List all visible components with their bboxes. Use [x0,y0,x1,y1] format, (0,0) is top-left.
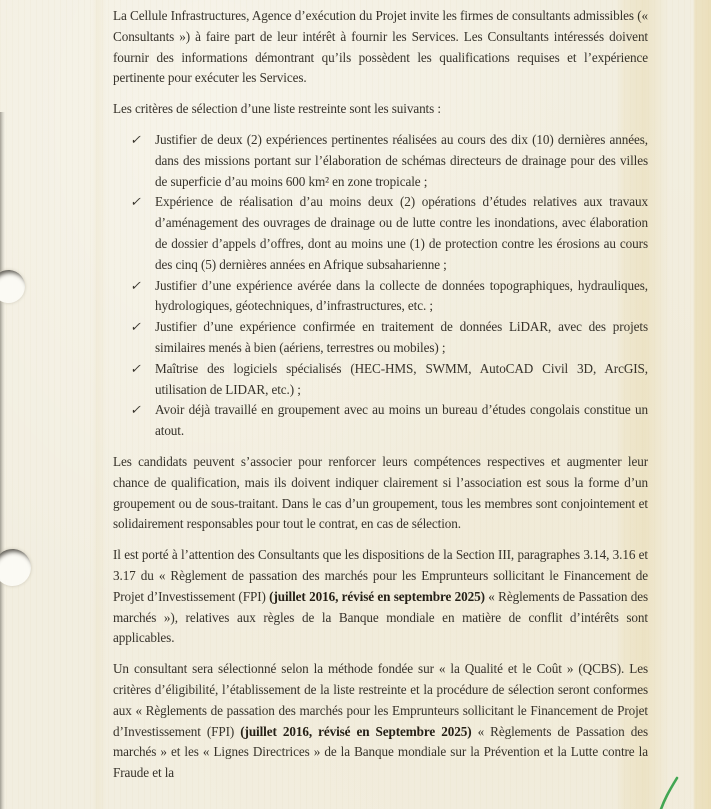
criterion-item-5: ✓Maîtrise des logiciels spécialisés (HEC… [113,359,648,401]
paragraph-6: 6.La Cellule Infrastructures, Agence d’e… [113,6,648,89]
criterion-text: Avoir déjà travaillé en groupement avec … [155,402,648,438]
paragraph-8: 8.Les candidats peuvent s’associer pour … [113,452,648,535]
paragraph-10: 10.Un consultant sera sélectionné selon … [113,659,648,784]
criterion-item-3: ✓Justifier d’une expérience avérée dans … [113,276,648,318]
checkmark-icon: ✓ [130,192,146,213]
scan-edge-shadow [0,112,5,809]
criterion-text: Justifier d’une expérience confirmée en … [155,319,648,355]
document-body: 6.La Cellule Infrastructures, Agence d’e… [113,6,648,784]
criterion-text: Justifier de deux (2) expériences pertin… [155,132,648,189]
paragraph-6-text: La Cellule Infrastructures, Agence d’exé… [113,8,648,85]
paragraph-8-text: Les candidats peuvent s’associer pour re… [113,454,648,531]
scanned-document-page: 6.La Cellule Infrastructures, Agence d’e… [0,0,711,809]
criterion-item-1: ✓Justifier de deux (2) expériences perti… [113,130,648,192]
criterion-item-2: ✓Expérience de réalisation d’au moins de… [113,192,648,275]
checkmark-icon: ✓ [130,130,146,151]
criterion-item-6: ✓Avoir déjà travaillé en groupement avec… [113,400,648,442]
checkmark-icon: ✓ [130,400,146,421]
paragraph-7: 7.Les critères de sélection d’une liste … [113,99,648,120]
checkmark-icon: ✓ [130,359,146,380]
checkmark-icon: ✓ [130,276,146,297]
paragraph-10-bold-text: (juillet 2016, révisé en Septembre 2025) [240,724,471,739]
punch-hole-top [0,266,29,308]
paragraph-9-bold-text: (juillet 2016, révisé en septembre 2025) [269,589,485,604]
checkmark-icon: ✓ [130,317,146,338]
criterion-text: Expérience de réalisation d’au moins deu… [155,194,648,271]
criterion-item-4: ✓Justifier d’une expérience confirmée en… [113,317,648,359]
punch-hole-bottom [0,544,36,591]
paragraph-7-text: Les critères de sélection d’une liste re… [113,101,441,116]
paragraph-9: 9.Il est porté à l’attention des Consult… [113,545,648,649]
criterion-text: Maîtrise des logiciels spécialisés (HEC-… [155,361,648,397]
criterion-text: Justifier d’une expérience avérée dans l… [155,278,648,314]
criteria-checklist: ✓Justifier de deux (2) expériences perti… [113,130,648,442]
